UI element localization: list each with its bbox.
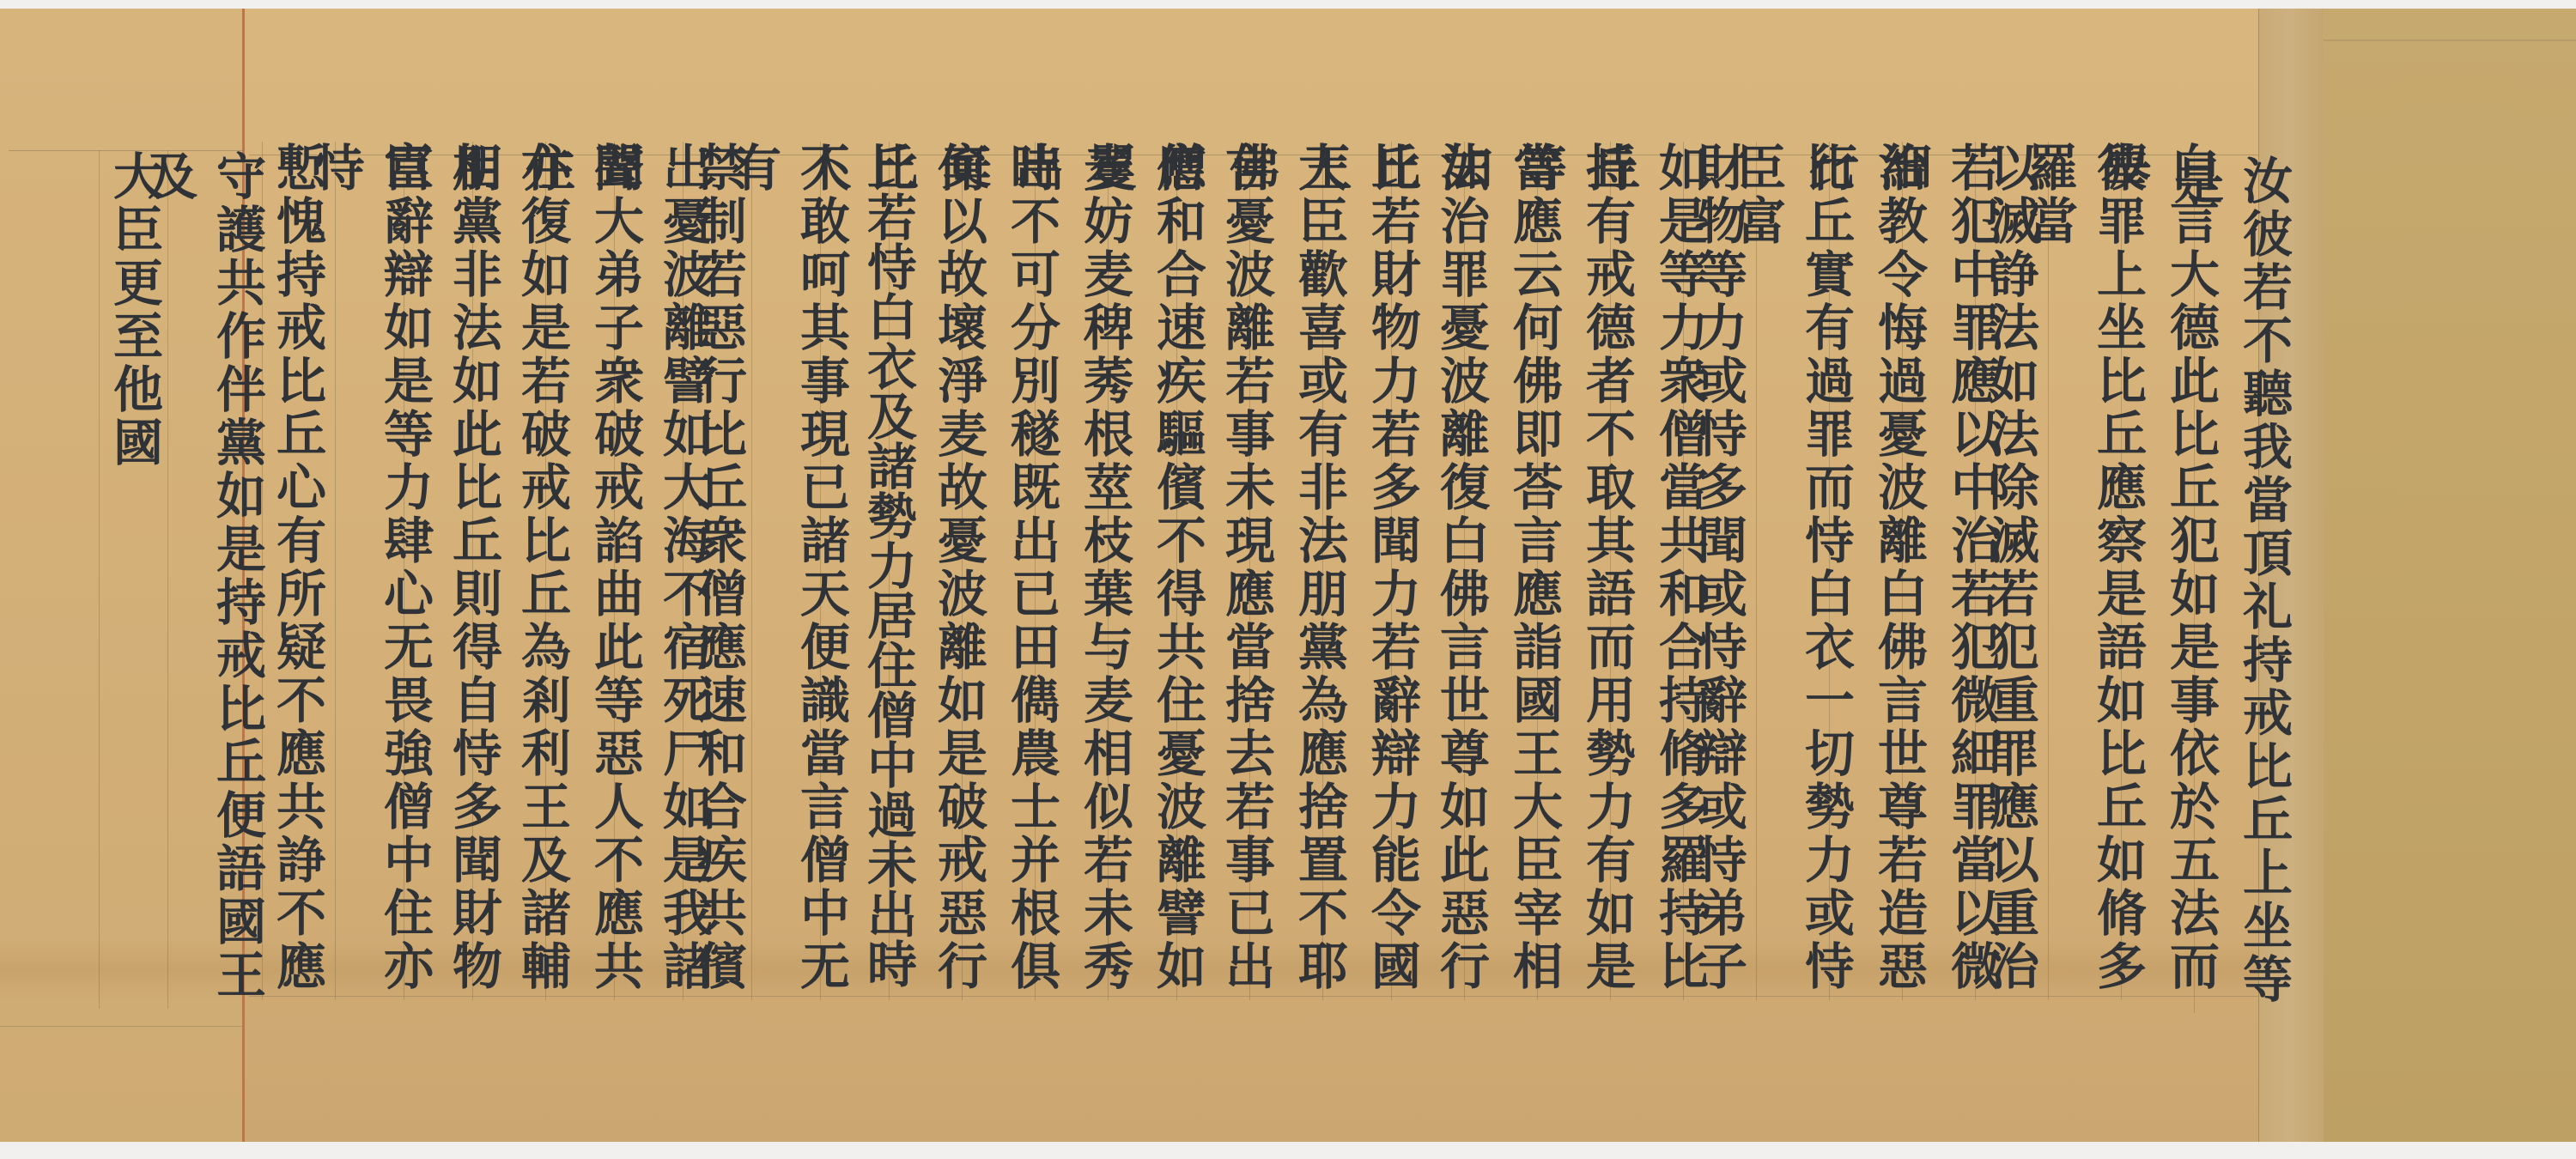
text-column-29: 守護共作伴黨如是持戒比丘便語國王及 (167, 150, 237, 1009)
manuscript-scroll: 汝彼若不聽我當頂礼持戒比丘上坐等是 白言大德此比丘犯如是事依於五法而舉 彼罪上坐… (0, 9, 2576, 1142)
text-column-30: 大臣更至他國 (99, 150, 168, 1009)
text-column-7: 比丘實有過罪而恃白衣一切勢力或恃臣富 (1756, 142, 1826, 1000)
mounting-silk (2324, 9, 2576, 1142)
column-text: 慙愧持戒比丘心有所疑不應共諍不應 (263, 142, 331, 993)
ruled-bottom-line-left (0, 1026, 242, 1027)
text-column-3: 彼罪上坐比丘應察是語如比丘如脩多羅當 (2048, 142, 2117, 1000)
mount-ruled-line (2324, 39, 2576, 41)
text-column-27: 富辭辯如是等力肆心无畏強僧中住亦恃 (335, 142, 404, 1000)
text-column-21: 不敢呵其事現已諸天便識當言僧中无有 (751, 142, 821, 1000)
text-column-28: 慙愧持戒比丘心有所疑不應共諍不應 (262, 142, 331, 1000)
column-text: 大臣更至他國 (100, 150, 168, 470)
